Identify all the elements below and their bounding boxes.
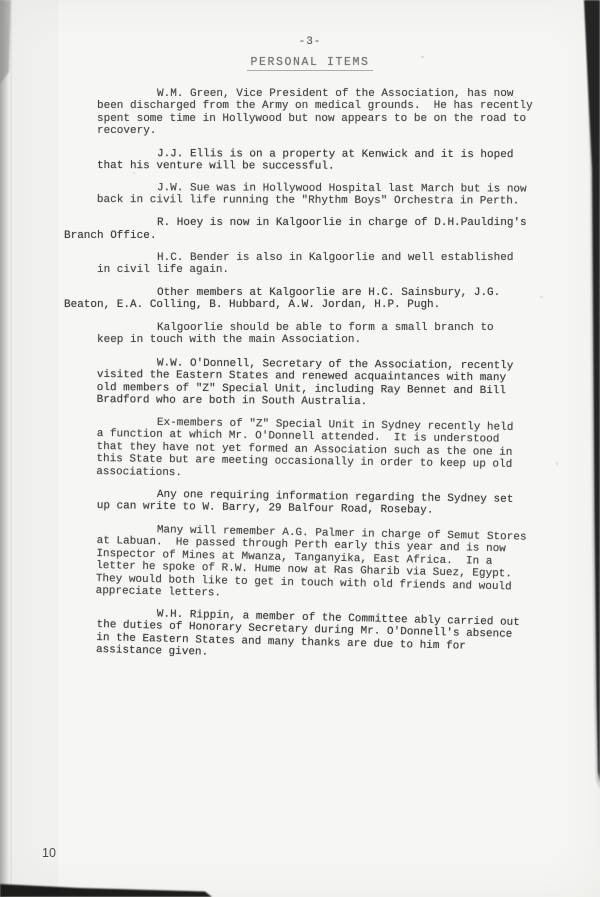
paragraph: W.H. Rippin, a member of the Committee a… xyxy=(96,607,549,667)
text-line: in civil life again. xyxy=(97,264,549,276)
page-content: -3- PERSONAL ITEMS W.M. Green, Vice Pres… xyxy=(0,0,600,897)
scan-speck xyxy=(421,56,424,58)
paragraph: W.W. O'Donnell, Secretary of the Associa… xyxy=(97,357,549,410)
text-line: R. Hoey is now in Kalgoorlie in charge o… xyxy=(97,217,549,229)
folio-number: 10 xyxy=(42,846,56,860)
text-line: J.J. Ellis is on a property at Kenwick a… xyxy=(97,148,549,162)
text-line: Branch Office. xyxy=(64,230,549,242)
scan-speck xyxy=(75,232,77,234)
page-number: -3- xyxy=(80,36,540,48)
text-line: that his venture will be successful. xyxy=(97,160,549,174)
paragraph: Ex-members of "Z" Special Unit in Sydney… xyxy=(96,416,549,484)
page-title: PERSONAL ITEMS xyxy=(247,56,372,71)
text-line: recovery. xyxy=(97,125,549,137)
text-line: Other members at Kalgoorlie are H.C. Sai… xyxy=(97,287,549,299)
text-line: Kalgoorlie should be able to form a smal… xyxy=(97,322,549,334)
text-line: back in civil life running the "Rhythm B… xyxy=(97,195,549,209)
text-line: keep in touch with the main Association. xyxy=(97,334,549,346)
text-body: W.M. Green, Vice President of the Associ… xyxy=(97,88,549,667)
paragraph: Kalgoorlie should be able to form a smal… xyxy=(97,322,549,347)
page-header: -3- PERSONAL ITEMS xyxy=(80,36,540,71)
text-line: Beaton, E.A. Colling, B. Hubbard, A.W. J… xyxy=(64,299,549,311)
scan-speck xyxy=(556,462,558,465)
paragraph: Any one requiring information regarding … xyxy=(97,488,549,519)
text-line: spent some time in Hollywood but now app… xyxy=(97,113,549,125)
paragraph: Many will remember A.G. Palmer in charge… xyxy=(96,523,549,606)
paragraph: J.J. Ellis is on a property at Kenwick a… xyxy=(97,148,549,174)
text-line: H.C. Bender is also in Kalgoorlie and we… xyxy=(97,252,549,264)
scan-speck xyxy=(133,172,135,174)
paragraph: J.W. Sue was in Hollywood Hospital last … xyxy=(97,182,549,208)
paragraph: W.M. Green, Vice President of the Associ… xyxy=(97,88,549,138)
paragraph: H.C. Bender is also in Kalgoorlie and we… xyxy=(97,252,549,277)
scanned-document-page: -3- PERSONAL ITEMS W.M. Green, Vice Pres… xyxy=(0,0,600,897)
paragraph: Other members at Kalgoorlie are H.C. Sai… xyxy=(97,287,549,312)
paragraph: R. Hoey is now in Kalgoorlie in charge o… xyxy=(97,217,549,242)
text-line: been discharged from the Army on medical… xyxy=(97,100,549,112)
scan-speck xyxy=(540,296,543,298)
text-line: W.M. Green, Vice President of the Associ… xyxy=(97,88,549,100)
